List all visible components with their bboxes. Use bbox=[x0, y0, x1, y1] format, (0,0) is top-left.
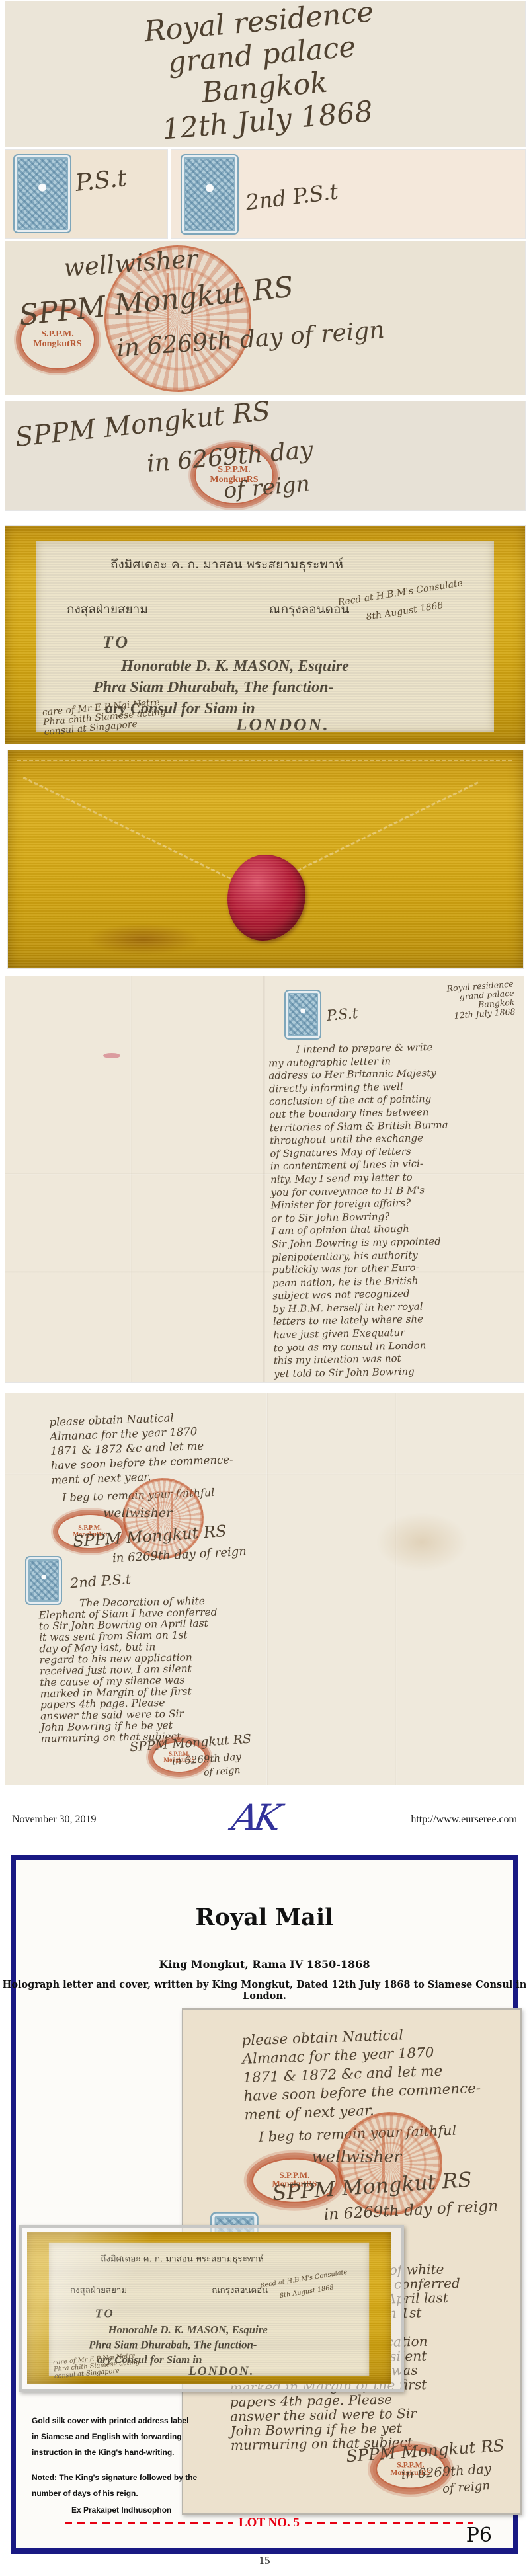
received-note-line2: 8th August 1868 bbox=[365, 600, 444, 623]
ink-smudge bbox=[87, 923, 200, 955]
valediction: wellwisher bbox=[311, 2148, 401, 2166]
photo-letter-spread-2: please obtain NauticalAlmanac for the ye… bbox=[5, 1393, 524, 1785]
letter-body: I intend to prepare & writemy autographi… bbox=[268, 1041, 453, 1381]
valediction: wellwisher bbox=[103, 1506, 172, 1520]
lot-dash-right bbox=[305, 2522, 473, 2524]
address-to: TO bbox=[95, 2306, 115, 2320]
lot-subtitle: King Mongkut, Rama IV 1850-1868 bbox=[0, 1958, 529, 1971]
gold-silk-cover-front: ถึงมิศเดอะ ค. ก. มาสอน พระสยามธุระพาห์ ก… bbox=[5, 526, 525, 744]
footer-date: November 30, 2019 bbox=[12, 1814, 97, 1826]
lot-description: Holograph letter and cover, written by K… bbox=[0, 1979, 529, 2002]
photo-envelope-front: ถึงมิศเดอะ ค. ก. มาสอน พระสยามธุระพาห์ ก… bbox=[5, 526, 525, 744]
address-name: Honorable D. K. MASON, Esquire bbox=[108, 2324, 268, 2337]
reign-day-note-2b: of reign bbox=[442, 2479, 490, 2496]
reign-day-note: in 6269th day of reign bbox=[323, 2197, 499, 2224]
lot-note-cover: Gold silk cover with printed address lab… bbox=[32, 2413, 188, 2460]
page-number: 15 bbox=[0, 2554, 529, 2567]
thai-address-line1: ถึงมิศเดอะ ค. ก. มาสอน พระสยามธุระพาห์ bbox=[101, 2252, 263, 2266]
address-to: TO bbox=[102, 633, 130, 652]
address-city: LONDON. bbox=[188, 2364, 254, 2378]
lot-number-label: LOT NO. 5 bbox=[239, 2516, 300, 2530]
auctioneer-monogram: AK bbox=[229, 1797, 280, 1838]
address-title: Phra Siam Dhurabah, The function- bbox=[89, 2339, 257, 2351]
photo-letter-heading: Royal residencegrand palaceBangkok12th J… bbox=[5, 1, 525, 147]
photo-closing-seals: S.P.P.M. MongkutRS wellwisher SPPM Mongk… bbox=[5, 241, 525, 395]
paper-fold bbox=[266, 1393, 268, 1785]
ps-annotation: P.S.t bbox=[74, 165, 128, 197]
address-label: ถึงมิศเดอะ ค. ก. มาสอน พระสยามธุระพาห์ ก… bbox=[36, 541, 494, 732]
photo-signature-cachet: S.P.P.M. MongkutRS SPPM Mongkut RS in 62… bbox=[5, 401, 525, 510]
nautical-request-lines: please obtain NauticalAlmanac for the ye… bbox=[241, 2023, 482, 2125]
lot-number-row: LOT NO. 5 bbox=[65, 2516, 473, 2530]
cachet-line1: S.P.P.M. bbox=[41, 330, 74, 340]
pink-mark bbox=[103, 1053, 120, 1058]
plate-number: P6 bbox=[466, 2524, 492, 2547]
auction-catalog-page: Royal residencegrand palaceBangkok12th J… bbox=[0, 0, 529, 2576]
reign-day-note: in 6269th day of reign bbox=[112, 1545, 247, 1566]
thai-address-consul: กงสุลฝ่ายสยาม bbox=[67, 600, 148, 619]
letter-second-page: please obtain NauticalAlmanac for the ye… bbox=[5, 1400, 264, 1790]
forwarding-note: care of Mr E P Nai NetrePhra chith Siame… bbox=[42, 697, 167, 738]
lot-dash-left bbox=[65, 2522, 233, 2524]
thai-address-consul: กงสุลฝ่ายสยาม bbox=[70, 2283, 127, 2297]
lot-provenance: Ex Prakaipet Indhusophon bbox=[71, 2505, 171, 2515]
photo-stamp-crop-right: 2nd P.S.t bbox=[171, 150, 525, 238]
second-postscript-body: The Decoration of whiteElephant of Siam … bbox=[38, 1596, 220, 1745]
photo-stamp-crop-left: P.S.t bbox=[5, 150, 167, 238]
letter-first-page: Royal residencegrand palaceBangkok12th J… bbox=[264, 976, 524, 1382]
paper-fold bbox=[395, 1393, 397, 1785]
flap-stitching-top bbox=[17, 760, 512, 761]
letter-heading-lines: Royal residencegrand palaceBangkok12th J… bbox=[73, 0, 453, 153]
received-note-line2: 8th August 1868 bbox=[279, 2284, 334, 2300]
footer-url[interactable]: http://www.eurseree.com bbox=[411, 1814, 517, 1826]
lot-cover-photo-sleeve: ถึงมิศเดอะ ค. ก. มาสอน พระสยามธุระพาห์ ก… bbox=[19, 2225, 404, 2392]
forwarding-note: care of Mr E P Nai NetrePhra chith Siame… bbox=[53, 2352, 141, 2380]
siamese-solot-stamp bbox=[284, 990, 321, 1040]
cachet-line2: MongkutRS bbox=[33, 340, 81, 350]
paper-stain bbox=[376, 1512, 468, 1572]
lot-title: Royal Mail bbox=[0, 1904, 529, 1931]
paper-fold bbox=[130, 976, 132, 1382]
second-ps-annotation: 2nd P.S.t bbox=[244, 179, 339, 215]
gold-silk-cover-front: ถึงมิศเดอะ ค. ก. มาสอน พระสยามธุระพาห์ ก… bbox=[27, 2232, 391, 2384]
ps-label: P.S.t bbox=[326, 1005, 358, 1025]
red-wax-seal bbox=[227, 855, 305, 941]
received-note-line1: Recd at H.B.M's Consulate bbox=[259, 2268, 348, 2289]
address-label: ถึงมิศเดอะ ค. ก. มาสอน พระสยามธุระพาห์ ก… bbox=[49, 2243, 369, 2376]
nautical-request-lines: please obtain NauticalAlmanac for the ye… bbox=[49, 1409, 234, 1488]
reign-day-note-2b: of reign bbox=[204, 1765, 241, 1778]
photo-envelope-back bbox=[8, 750, 523, 968]
thai-address-line1: ถึงมิศเดอะ ค. ก. มาสอน พระสยามธุระพาห์ bbox=[110, 555, 343, 574]
second-postscript-label: 2nd P.S.t bbox=[69, 1571, 132, 1591]
siamese-solot-stamp bbox=[181, 154, 239, 235]
photo-letter-spread-1: Royal residencegrand palaceBangkok12th J… bbox=[5, 976, 524, 1382]
address-city: LONDON. bbox=[236, 715, 330, 735]
letter-date-header: Royal residencegrand palaceBangkok12th J… bbox=[446, 980, 516, 1021]
lot-note-signature: Noted: The King's signature followed by … bbox=[32, 2470, 197, 2501]
siamese-solot-stamp bbox=[13, 154, 71, 233]
address-title: Phra Siam Dhurabah, The function- bbox=[93, 679, 333, 697]
received-note-line1: Recd at H.B.M's Consulate bbox=[337, 578, 464, 608]
address-name: Honorable D. K. MASON, Esquire bbox=[121, 658, 349, 676]
